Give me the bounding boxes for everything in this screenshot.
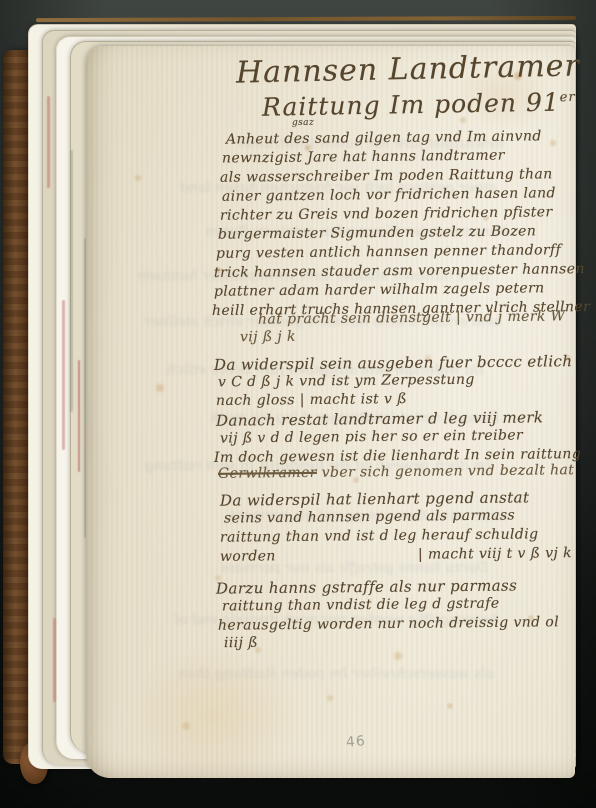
manuscript-line: hat pracht sein dienstgelt | vnd j merk …	[258, 308, 566, 327]
fore-edge-paint-streak	[53, 618, 56, 702]
manuscript-line: v C d ß j k vnd ist ym Zerpesstung	[218, 372, 475, 391]
interline-note: gsaz	[292, 118, 314, 128]
manuscript-line: Danach restat landtramer d leg viij merk	[216, 408, 544, 429]
fore-edge-paint-streak	[62, 300, 65, 450]
manuscript-line: purg vesten antlich hannsen penner thand…	[216, 242, 561, 262]
manuscript-line: burgermaister Sigmunden gstelz zu Bozen	[218, 223, 536, 242]
after-struck-text: vber sich genomen vnd bezalt hat	[317, 462, 575, 481]
fore-edge-paint-streak	[78, 360, 80, 472]
manuscript-line: trick hannsen stauder asm vorenpuester h…	[214, 261, 585, 281]
heading-title-account: Raittung Im poden 91er	[262, 87, 576, 121]
total-amount: | macht viij t v ß vj k	[418, 545, 572, 563]
manuscript-line: ainer gantzen loch vor fridrichen hasen …	[222, 185, 556, 204]
struck-word: Gerwlkramer	[218, 465, 317, 482]
manuscript-page: newnzigist Jare hat hanns landtramer ain…	[86, 46, 575, 778]
manuscript-line: raittung than vnd ist d leg herauf schul…	[220, 526, 539, 545]
manuscript-line: richter zu Greis vnd bozen fridrichen pf…	[220, 204, 553, 223]
manuscript-line: nach gloss | macht ist v ß	[216, 391, 407, 409]
manuscript-line: herausgeltig worden nur noch dreissig vn…	[218, 614, 559, 634]
manuscript-line: Da widerspil sein ausgeben fuer bcccc et…	[214, 352, 573, 374]
manuscript-line: Anheut des sand gilgen tag vnd Im ainvnd	[226, 128, 542, 147]
fore-edge-paint-streak	[47, 96, 50, 188]
manuscript-line: iiij ß	[224, 635, 258, 651]
manuscript-line: plattner adam harder wilhalm zagels pete…	[214, 280, 545, 299]
manuscript-total-row: worden | macht viij t v ß vj k	[220, 545, 572, 565]
heading-line2-main: Raittung Im poden 91	[262, 88, 560, 122]
ghost-line: als wasserschreiber Im poden Raittung th…	[178, 666, 494, 682]
total-label: worden	[220, 548, 276, 565]
manuscript-line: Darzu hanns gstraffe als nur parmass	[216, 576, 517, 597]
manuscript-line: raittung than vndist die leg d gstrafe	[222, 596, 500, 615]
foxing-spots	[96, 56, 100, 60]
manuscript-line: Da widerspil hat lienhart pgend anstat	[220, 488, 530, 509]
page-edge-shadow-streak	[70, 150, 73, 412]
manuscript-line-corrected: Gerwlkramer vber sich genomen vnd bezalt…	[218, 462, 574, 482]
folio-number-pencil: 46	[345, 733, 366, 751]
heading-superscript: er	[560, 90, 576, 105]
manuscript-line: vij ß v d d legen pis her so er ein trei…	[220, 427, 523, 446]
book-spine-leather	[3, 50, 30, 764]
manuscript-line: als wasserschreiber Im poden Raittung th…	[220, 166, 553, 185]
heading-title-name: Hannsen Landtramer	[236, 48, 581, 90]
manuscript-line: newnzigist Jare hat hanns landtramer	[222, 148, 505, 167]
manuscript-line: vij ß j k	[240, 329, 296, 346]
manuscript-line: seins vand hannsen pgend als parmass	[224, 507, 515, 526]
